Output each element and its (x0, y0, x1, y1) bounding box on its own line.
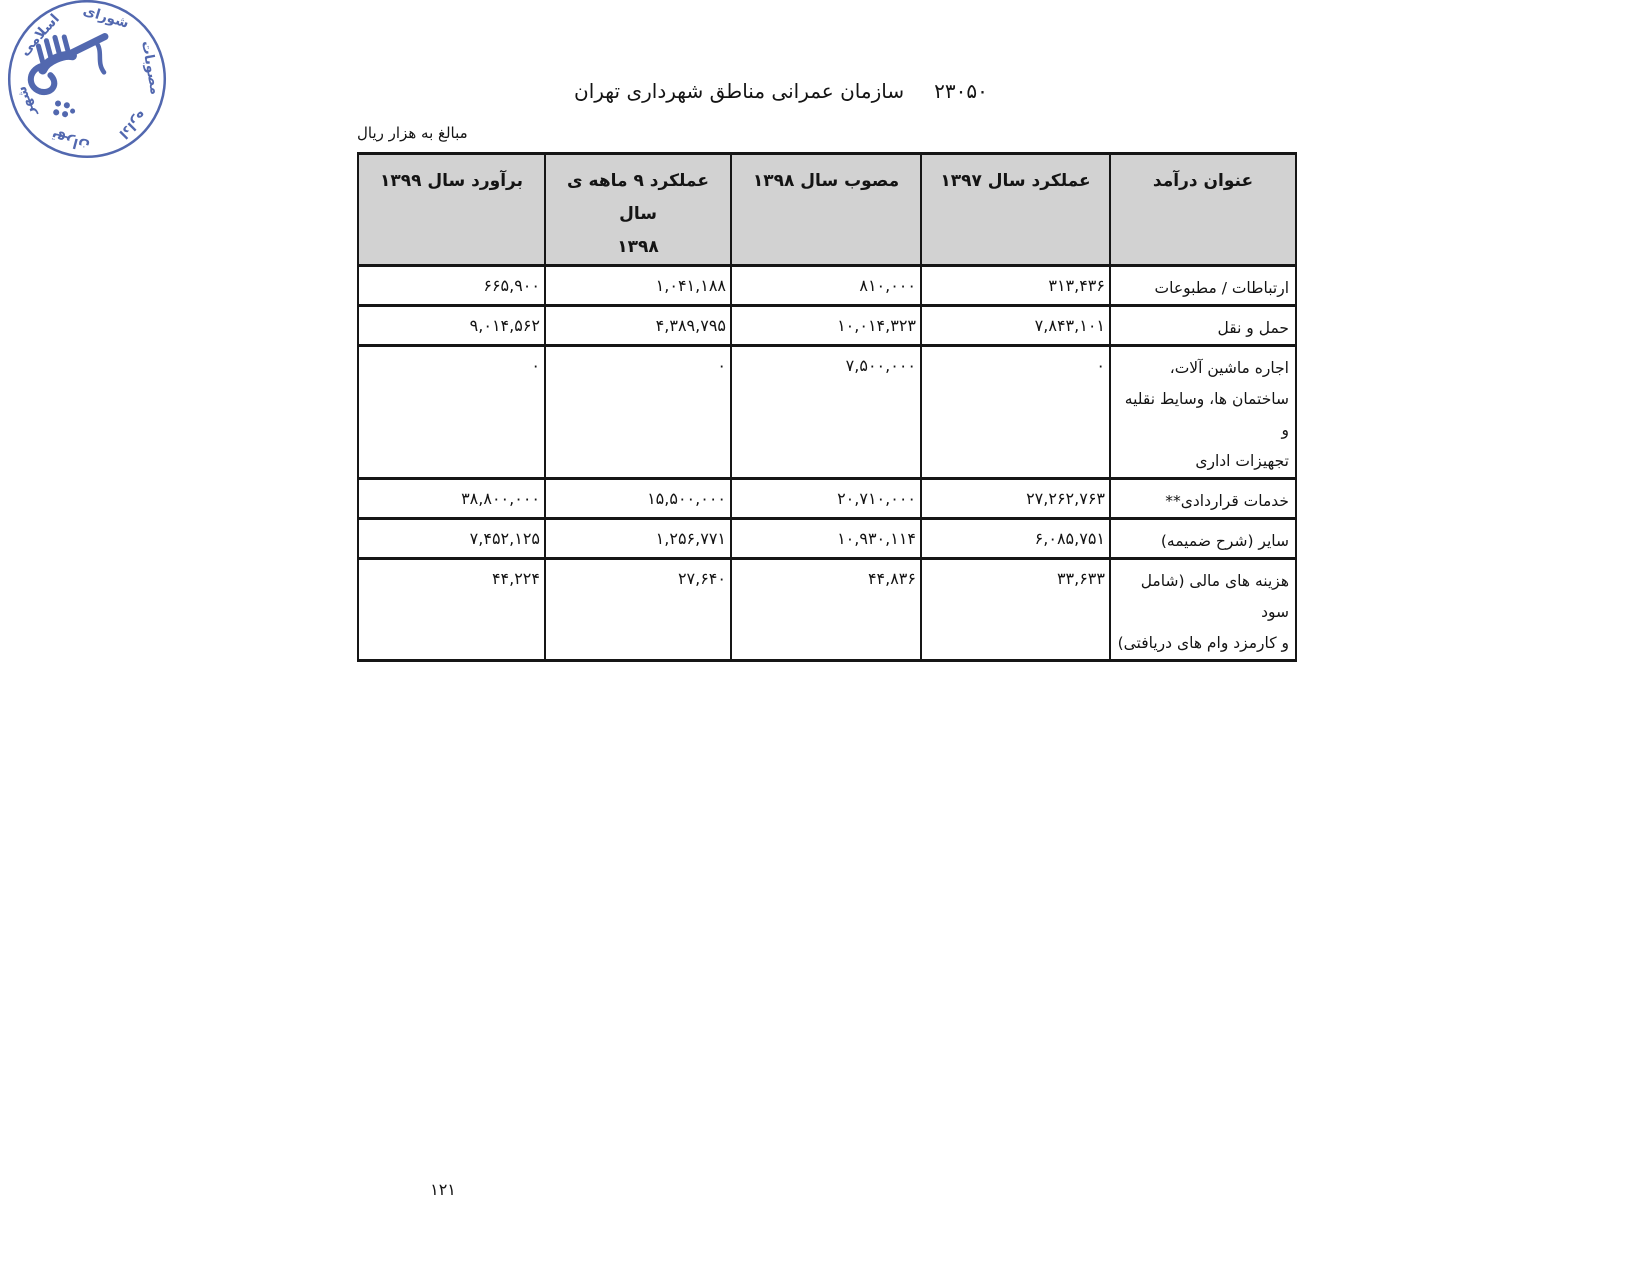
cell-value: ۱۵,۵۰۰,۰۰۰ (545, 479, 731, 519)
stamp-emblem-icon (22, 25, 115, 95)
cell-value: ۱۰,۰۱۴,۳۲۳ (731, 306, 921, 346)
council-stamp: اداره مصوبات شورای اسلامی شهر تهران (0, 0, 211, 203)
table-header-row: عنوان درآمد عملکرد سال ۱۳۹۷ مصوب سال ۱۳۹… (358, 154, 1296, 266)
table-row: خدمات قراردادی** ۲۷,۲۶۲,۷۶۳ ۲۰,۷۱۰,۰۰۰ ۱… (358, 479, 1296, 519)
cell-value: ۱,۲۵۶,۷۷۱ (545, 519, 731, 559)
page-number: ۱۲۱ (400, 1180, 486, 1199)
cell-value: ۴۴,۲۲۴ (358, 559, 545, 661)
stamp-seal-icon: اداره مصوبات شورای اسلامی شهر تهران (0, 0, 211, 203)
table-row: هزینه های مالی (شامل سود و کارمزد وام ها… (358, 559, 1296, 661)
cell-value: ۰ (358, 346, 545, 479)
org-name: سازمان عمرانی مناطق شهرداری تهران (574, 79, 904, 103)
cell-value: ۷,۴۵۲,۱۲۵ (358, 519, 545, 559)
expenses-table: عنوان درآمد عملکرد سال ۱۳۹۷ مصوب سال ۱۳۹… (357, 152, 1297, 662)
row-title: حمل و نقل (1110, 306, 1296, 346)
column-header-9month-1398: عملکرد ۹ ماهه ی سال ۱۳۹۸ (545, 154, 731, 266)
scanned-document-page: اداره مصوبات شورای اسلامی شهر تهران (0, 0, 1650, 1275)
cell-value: ۴۴,۸۳۶ (731, 559, 921, 661)
cell-value: ۲۰,۷۱۰,۰۰۰ (731, 479, 921, 519)
cell-value: ۲۷,۶۴۰ (545, 559, 731, 661)
table-row: سایر (شرح ضمیمه) ۶,۰۸۵,۷۵۱ ۱۰,۹۳۰,۱۱۴ ۱,… (358, 519, 1296, 559)
row-title: خدمات قراردادی** (1110, 479, 1296, 519)
table-row: حمل و نقل ۷,۸۴۳,۱۰۱ ۱۰,۰۱۴,۳۲۳ ۴,۳۸۹,۷۹۵… (358, 306, 1296, 346)
stamp-ring-word: اسلامی (17, 11, 63, 59)
cell-value: ۶,۰۸۵,۷۵۱ (921, 519, 1110, 559)
cell-value: ۰ (921, 346, 1110, 479)
column-header-performance-1397: عملکرد سال ۱۳۹۷ (921, 154, 1110, 266)
cell-value: ۰ (545, 346, 731, 479)
column-header-revenue-title: عنوان درآمد (1110, 154, 1296, 266)
document-title-line: ۲۳۰۵۰سازمان عمرانی مناطق شهرداری تهران (495, 40, 1105, 142)
table-row: اجاره ماشین آلات، ساختمان ها، وسایط نقلی… (358, 346, 1296, 479)
cell-value: ۸۱۰,۰۰۰ (731, 266, 921, 306)
table-row: ارتباطات / مطبوعات ۳۱۳,۴۳۶ ۸۱۰,۰۰۰ ۱,۰۴۱… (358, 266, 1296, 306)
cell-value: ۶۶۵,۹۰۰ (358, 266, 545, 306)
stamp-ring-word: مصوبات (138, 40, 163, 96)
stamp-ring-word: اداره (116, 108, 150, 142)
cell-value: ۲۷,۲۶۲,۷۶۳ (921, 479, 1110, 519)
cell-value: ۷,۵۰۰,۰۰۰ (731, 346, 921, 479)
org-code: ۲۳۰۵۰ (934, 79, 988, 103)
row-title: هزینه های مالی (شامل سود و کارمزد وام ها… (1110, 559, 1296, 661)
column-header-estimate-1399: برآورد سال ۱۳۹۹ (358, 154, 545, 266)
unit-note: مبالغ به هزار ریال (357, 124, 468, 142)
stamp-flower-icon (50, 97, 76, 120)
cell-value: ۱۰,۹۳۰,۱۱۴ (731, 519, 921, 559)
row-title: اجاره ماشین آلات، ساختمان ها، وسایط نقلی… (1110, 346, 1296, 479)
cell-value: ۴,۳۸۹,۷۹۵ (545, 306, 731, 346)
cell-value: ۱,۰۴۱,۱۸۸ (545, 266, 731, 306)
cell-value: ۳۸,۸۰۰,۰۰۰ (358, 479, 545, 519)
row-title: سایر (شرح ضمیمه) (1110, 519, 1296, 559)
stamp-ring-word: شهر (13, 84, 39, 119)
cell-value: ۳۱۳,۴۳۶ (921, 266, 1110, 306)
row-title: ارتباطات / مطبوعات (1110, 266, 1296, 306)
cell-value: ۷,۸۴۳,۱۰۱ (921, 306, 1110, 346)
cell-value: ۹,۰۱۴,۵۶۲ (358, 306, 545, 346)
cell-value: ۳۳,۶۳۳ (921, 559, 1110, 661)
stamp-ring-word: شورای (81, 3, 131, 32)
stamp-ring-word: تهران (49, 129, 91, 155)
column-header-approved-1398: مصوب سال ۱۳۹۸ (731, 154, 921, 266)
